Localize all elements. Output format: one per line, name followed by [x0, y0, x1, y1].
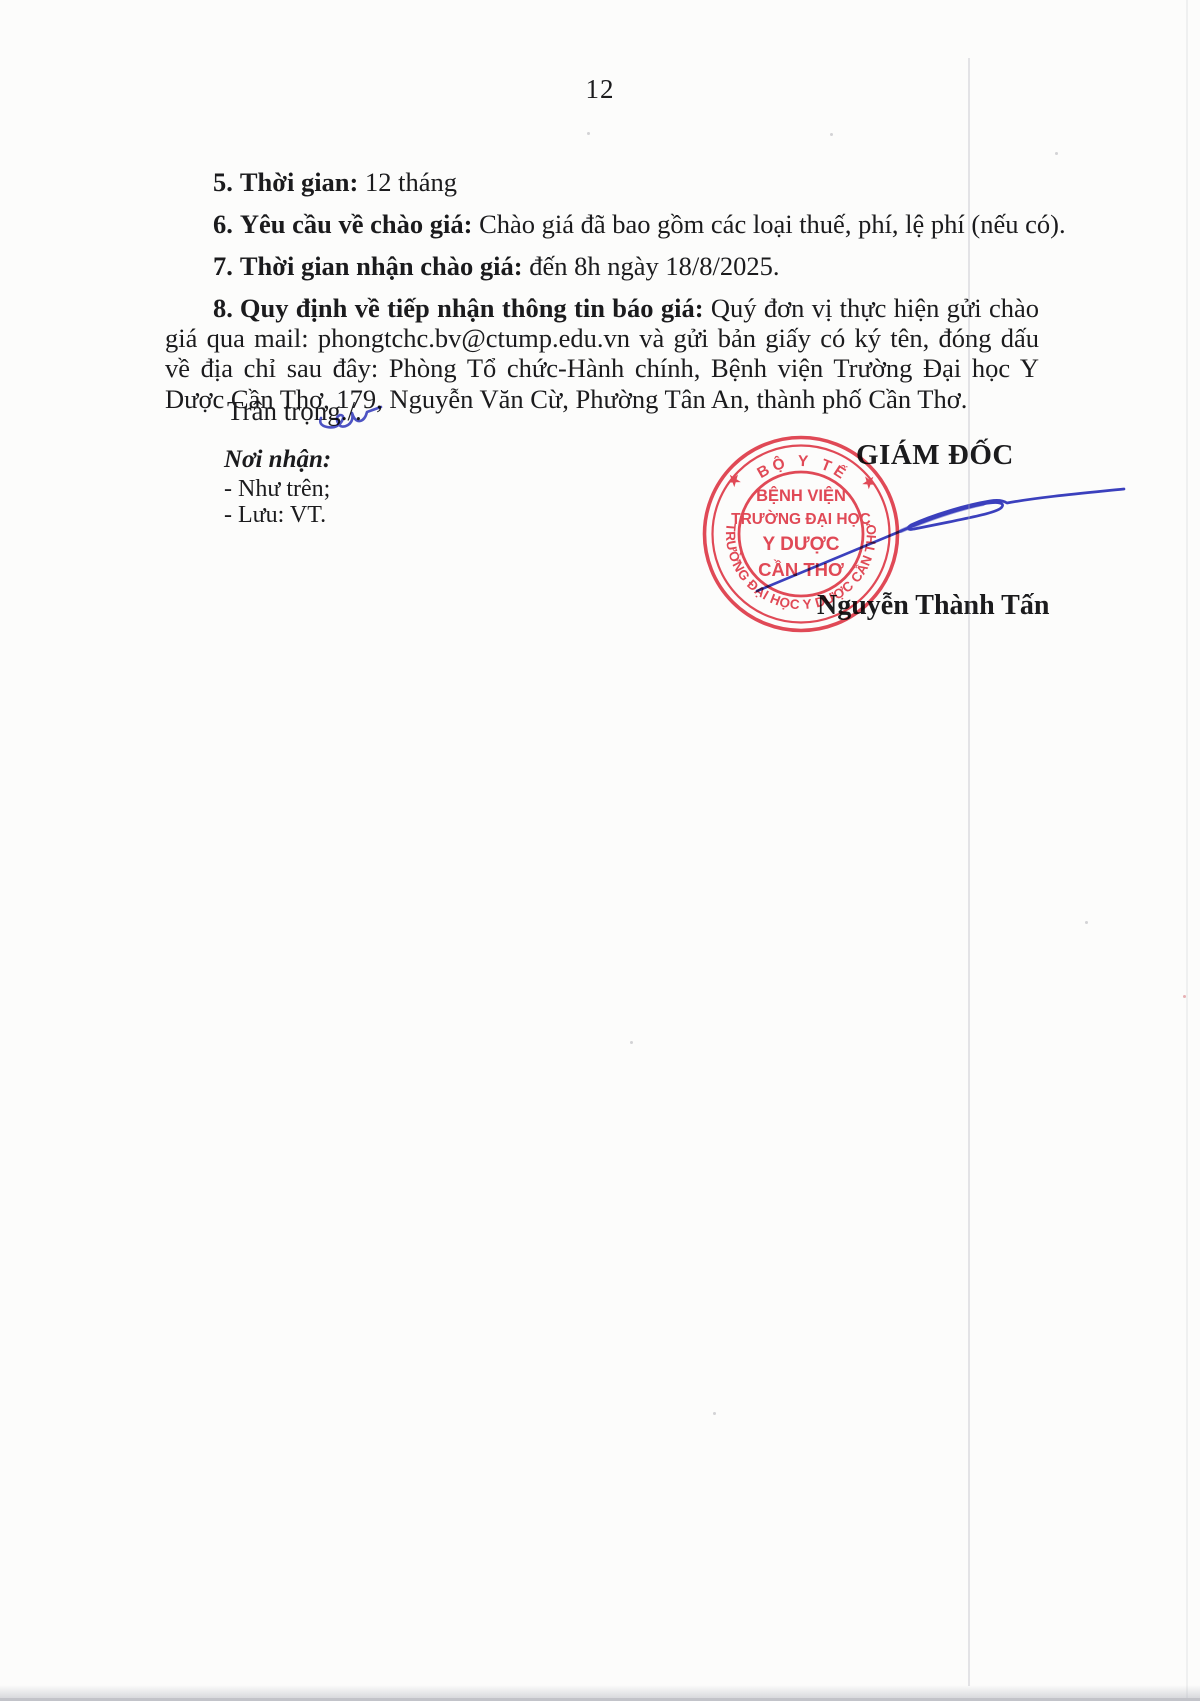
list-item-5: 5.Thời gian: 12 tháng — [165, 167, 1041, 198]
scan-speck — [1183, 995, 1186, 998]
item-text: 12 tháng — [365, 167, 457, 197]
item-label: Quy định về tiếp nhận thông tin báo giá: — [240, 293, 704, 323]
scan-speck — [830, 133, 833, 136]
recipient-line: - Như trên; — [224, 476, 330, 503]
scan-fold-line — [968, 58, 970, 1686]
scanned-letter-page: 12 5.Thời gian: 12 tháng 6.Yêu cầu về ch… — [0, 0, 1200, 1701]
scan-speck — [1055, 152, 1058, 155]
recipient-line: - Lưu: VT. — [224, 502, 326, 529]
pen-flourish-mark — [318, 404, 396, 446]
scan-bottom-edge — [0, 1685, 1200, 1701]
scan-speck — [1085, 921, 1088, 924]
item-label: Yêu cầu về chào giá: — [240, 209, 473, 239]
scan-speck — [587, 132, 590, 135]
list-item-6: 6.Yêu cầu về chào giá: Chào giá đã bao g… — [165, 209, 1041, 240]
recipients-heading: Nơi nhận: — [224, 446, 331, 474]
item-number: 5. — [213, 167, 233, 197]
item-label: Thời gian: — [240, 167, 359, 197]
item-number: 8. — [213, 293, 233, 323]
item-text: đến 8h ngày 18/8/2025. — [529, 251, 779, 281]
list-item-7: 7.Thời gian nhận chào giá: đến 8h ngày 1… — [165, 251, 1041, 282]
scan-speck — [630, 1041, 633, 1044]
page-number: 12 — [560, 74, 640, 105]
scan-speck — [713, 1412, 716, 1415]
item-number: 7. — [213, 251, 233, 281]
item-label: Thời gian nhận chào giá: — [240, 251, 523, 281]
handwritten-signature — [740, 448, 1140, 610]
item-text: Chào giá đã bao gồm các loại thuế, phí, … — [479, 209, 1066, 239]
item-number: 6. — [213, 209, 233, 239]
scan-fold-line — [1186, 0, 1188, 1701]
